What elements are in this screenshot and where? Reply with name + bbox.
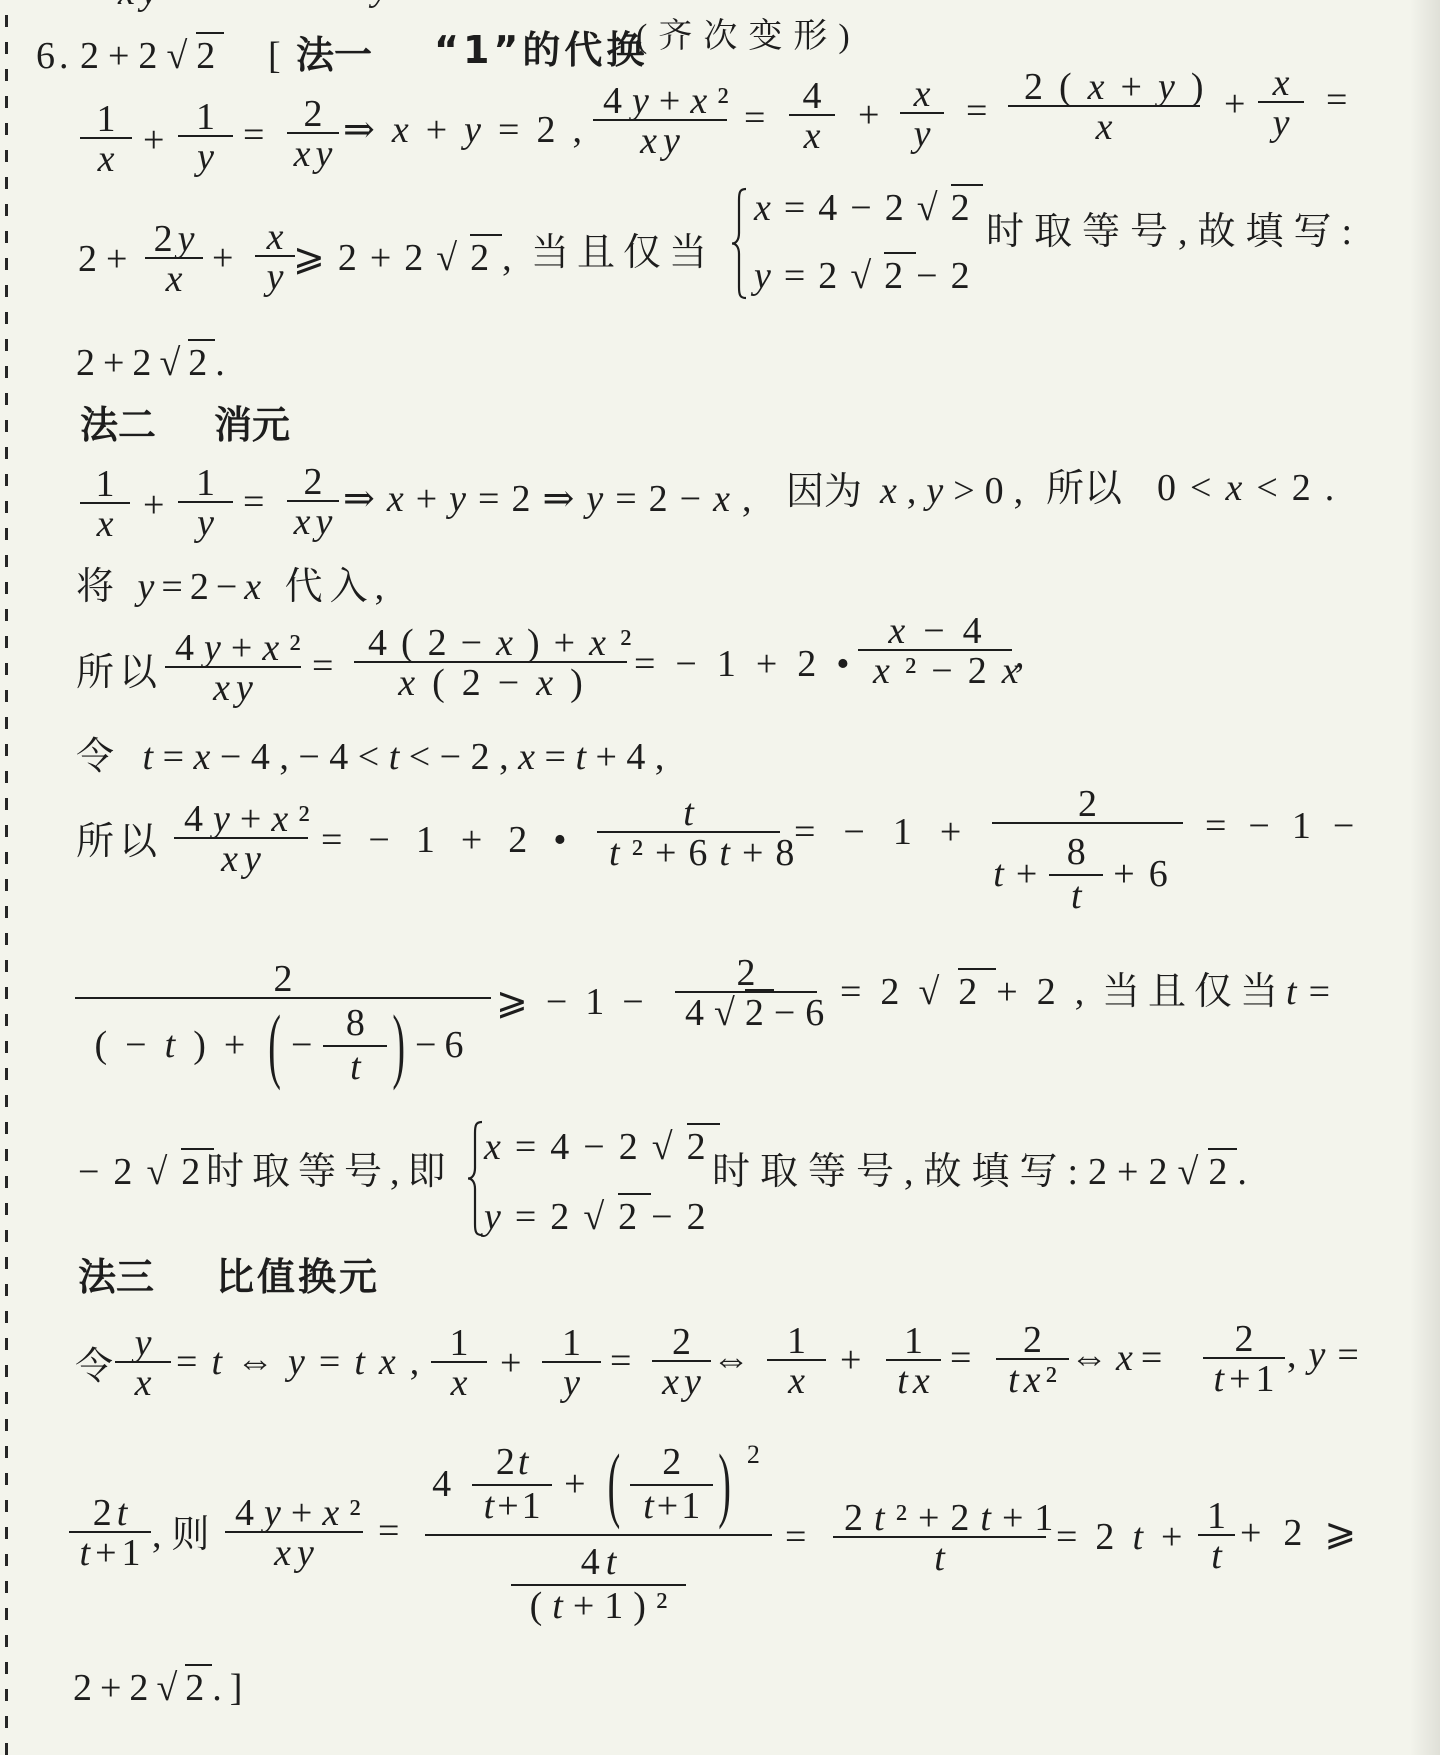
denominator: t+1 — [69, 1533, 151, 1575]
numerator: x — [900, 74, 944, 116]
denominator: x — [767, 1361, 826, 1403]
fraction-2t-over-t-plus-1: 2t t+1 — [472, 1442, 552, 1528]
elimination-chain: ⇒x+y=2⇒y=2−x, — [343, 480, 763, 518]
method-1-note: (齐次变形) — [636, 20, 861, 54]
denominator-prefix: t+ — [993, 854, 1049, 896]
numerator: 1 — [767, 1321, 826, 1363]
expression-start: 2+ — [78, 240, 136, 278]
plus-sign: + — [840, 1341, 861, 1379]
fraction-target-expression: 4y+x² xy — [174, 837, 308, 839]
condition-text: 当且仅当 — [531, 234, 715, 272]
method-1-subtitle: “1”的代换 — [434, 31, 648, 69]
denominator: xy — [287, 134, 339, 176]
minus-one-minus: =−1− — [1205, 807, 1376, 845]
numerator: 2t — [472, 1442, 552, 1486]
denominator: t+1 — [472, 1486, 552, 1528]
denominator: tx — [886, 1361, 941, 1403]
denominator: tx² — [996, 1360, 1069, 1402]
equals-2t-plus: =2t+ — [1056, 1518, 1200, 1556]
method-1-title: 法一 — [296, 36, 372, 74]
numerator: 4y+x² — [225, 1493, 363, 1535]
fraction-8-over-t: 8 t — [323, 1003, 387, 1089]
denominator: t — [1049, 876, 1103, 918]
therefore-text: 所以 — [76, 654, 162, 692]
fraction-y-over-x: y x — [115, 1361, 171, 1363]
denominator: y — [542, 1363, 601, 1405]
denominator: x(2−x) — [354, 663, 627, 705]
fraction-8-over-t: 8 t — [1049, 832, 1103, 918]
numerator: 8 — [323, 1003, 387, 1047]
plus-sign: + — [564, 1464, 590, 1506]
numerator: 2 — [652, 1322, 711, 1364]
numerator: 1 — [80, 99, 132, 141]
fraction-2-over-xy: 2 xy — [287, 132, 339, 134]
numerator: 2 — [992, 784, 1183, 826]
equals-sign: = — [1326, 81, 1347, 119]
plus-sign: + — [858, 96, 879, 134]
fraction-t-over-quadratic: t t²+6t+8 — [597, 831, 780, 833]
fraction-2-over-tx-squared: 2 tx² — [996, 1358, 1069, 1360]
system-row-x: x=4−2√2 — [754, 189, 983, 227]
numerator: x−4 — [858, 611, 1012, 653]
fraction-1-over-y: 1 y — [178, 135, 233, 137]
numerator: 2 — [630, 1442, 713, 1486]
numerator: 4y+x² — [165, 628, 301, 670]
because-text: 因为 — [786, 473, 862, 511]
denominator: y — [255, 257, 295, 299]
fraction-target-expression: 4y+x² xy — [593, 119, 727, 121]
numerator: 8 — [1049, 832, 1103, 876]
plus-sign: + — [1224, 85, 1245, 123]
big-right-paren: ) — [718, 1443, 736, 1527]
final-answer: 2+2√2.] — [73, 1669, 250, 1707]
numerator: 2y — [145, 219, 203, 261]
numerator: 1 — [886, 1321, 941, 1363]
equals-sign: = — [610, 1342, 631, 1380]
denominator: xy — [225, 1533, 363, 1575]
denominator: y — [1258, 103, 1304, 145]
minus-one-plus-two-times: =−1+2• — [321, 821, 593, 859]
fraction-1-over-x: 1 x — [80, 137, 132, 139]
numerator: 1 — [178, 463, 233, 505]
inequality-result: ⩾2+2√2, — [293, 239, 525, 277]
denominator: xy — [652, 1362, 711, 1404]
denominator: y — [178, 137, 233, 179]
t-equals: t= — [1286, 973, 1342, 1011]
numerator: 2(x+y) — [1008, 67, 1200, 109]
fraction-target-expression: 4y+x² xy — [165, 666, 301, 668]
denominator: xy — [165, 668, 301, 710]
method-2-conclusion: 时取等号,故填写:2+2√2. — [712, 1153, 1257, 1191]
denominator: t+1 — [630, 1486, 713, 1528]
denominator: t — [323, 1047, 387, 1089]
implies-x-plus-y: ⇒x+y=2, — [343, 111, 599, 149]
minus-one-plus-two-times: =−1+2• — [634, 645, 870, 683]
fraction-1-over-x: 1 x — [431, 1361, 487, 1363]
denominator: x — [789, 116, 835, 158]
numerator: 2 — [996, 1320, 1069, 1362]
plus-sign: + — [212, 239, 233, 277]
numerator: 2 — [287, 94, 339, 136]
numerator: 4 — [789, 76, 835, 118]
equals-sign: = — [243, 116, 264, 154]
numerator: 1 — [80, 464, 130, 506]
denominator: (t+1)² — [511, 1586, 686, 1628]
numerator: x — [1258, 63, 1304, 105]
minus-sign: − — [291, 1025, 317, 1067]
plus-2-geq: +2⩾ — [1240, 1514, 1378, 1552]
problem-answer: 2+2√2 — [80, 37, 224, 75]
ratio-substitution: =t⇔y=tx, — [176, 1343, 433, 1381]
complex-numerator: 4 2t t+1 + ( 2 t+1 ) 2 — [425, 1442, 772, 1528]
denominator: t+ 8 t +6 — [992, 824, 1183, 918]
comma: , — [1015, 636, 1025, 674]
fraction-target-expression: 4y+x² xy — [225, 1531, 363, 1533]
equality-text: 时取等号,即 — [206, 1153, 454, 1191]
system-row-y: y=2√2−2 — [754, 257, 983, 295]
therefore-text: 所以 — [76, 823, 162, 861]
fraction-4-over-x: 4 x — [789, 114, 835, 116]
denominator-suffix: −6 — [415, 1025, 471, 1067]
complex-denominator: 4t (t+1)² — [425, 1536, 772, 1628]
fraction-1-over-tx: 1 tx — [886, 1359, 941, 1361]
fraction-2-over-t-plus-1: 2 t+1 — [1203, 1357, 1285, 1359]
plus-sign: + — [143, 486, 164, 524]
fraction-2-over-4root2-minus-6: 2 4√2−6 — [675, 991, 817, 993]
denominator: 4√2−6 — [675, 993, 817, 1035]
denominator: x — [145, 259, 203, 301]
problem-number: 6. — [36, 37, 73, 75]
numerator: 1 — [178, 97, 233, 139]
denominator: xy — [174, 839, 308, 881]
prev-line-fragment: y — [372, 0, 389, 7]
fraction-x-over-y: x y — [900, 112, 944, 114]
equality-condition-text: 时取等号,故填写: — [986, 213, 1362, 251]
fraction-2-over-xy: 2 xy — [287, 500, 339, 502]
denominator: x — [1008, 107, 1200, 149]
equals-sign: = — [378, 1512, 399, 1550]
fraction-x-over-y: x y — [1258, 101, 1304, 103]
fraction-4t-over-t-plus-1-squared: 4t (t+1)² — [511, 1542, 686, 1628]
fraction-substituted: 4(2−x)+x² x(2−x) — [354, 661, 627, 663]
numerator: 2 — [1203, 1319, 1285, 1361]
complex-fraction: 4 2t t+1 + ( 2 t+1 ) 2 4t (t+1)² — [425, 1534, 772, 1536]
prev-line-fragment: xy — [118, 0, 164, 11]
big-left-paren: ( — [608, 1443, 626, 1527]
numerator: 1 — [542, 1323, 601, 1365]
range-of-x: 0<x<2. — [1157, 469, 1348, 507]
numerator: 4y+x² — [174, 799, 308, 841]
fraction-2xy-over-x: 2(x+y) x — [1008, 105, 1200, 107]
denominator: y — [178, 503, 233, 545]
binding-dashed-line — [5, 0, 8, 1755]
numerator: 4(2−x)+x² — [354, 623, 627, 665]
equals-sign: = — [744, 99, 765, 137]
condition-text: 当且仅当 — [1102, 973, 1286, 1011]
coefficient: 4 — [432, 1464, 456, 1506]
denominator: x — [115, 1363, 171, 1405]
big-right-paren: ) — [392, 1004, 410, 1088]
fraction-2-over-t-plus-8-over-t: 2 t+ 8 t +6 — [992, 822, 1183, 824]
fraction-x-over-y: x y — [255, 255, 295, 257]
positivity-condition: x,y>0, — [880, 472, 1033, 510]
big-left-paren: ( — [268, 1004, 286, 1088]
denominator: xy — [593, 121, 727, 163]
let-t-definition: 令 t=x−4,−4<t<−2,x=t+4, — [76, 738, 674, 776]
y-equals: ,y= — [1287, 1336, 1371, 1374]
denominator-prefix: (−t)+ — [95, 1025, 264, 1067]
numerator: t — [597, 793, 780, 835]
fraction-x-minus-4: x−4 x²−2x — [858, 649, 1012, 651]
let-text: 令 — [75, 1348, 113, 1386]
numerator: 2 — [75, 959, 491, 1001]
then-text: ,则 — [152, 1516, 220, 1554]
equals-sign: = — [950, 1339, 971, 1377]
denominator: y — [900, 114, 944, 156]
numerator: 2 — [287, 462, 339, 504]
equals-sign: = — [966, 92, 987, 130]
fraction-2t-over-t-plus-1: 2t t+1 — [69, 1531, 151, 1533]
t-value: −2√2 — [78, 1153, 214, 1191]
denominator: x — [431, 1363, 487, 1405]
denominator: t — [1198, 1536, 1235, 1578]
denominator: xy — [287, 502, 339, 544]
iff-arrow: ⇔ — [712, 1341, 750, 1379]
denominator: t+1 — [1203, 1359, 1285, 1401]
method-3-title: 法三 — [78, 1258, 154, 1296]
numerator: 4y+x² — [593, 81, 727, 123]
method-1-answer: 2+2√2. — [76, 344, 233, 382]
denominator-suffix: +6 — [1113, 854, 1181, 896]
substitution-text: 将 y=2−x 代入, — [76, 568, 391, 606]
minimum-value: =2√2+2, — [840, 973, 1103, 1011]
fraction-1-over-x: 1 x — [767, 1359, 826, 1361]
inequality-minus-one: ⩾−1− — [496, 983, 662, 1021]
denominator: t — [833, 1538, 1046, 1580]
system-brace-icon — [467, 1120, 483, 1237]
numerator: 4t — [511, 1542, 686, 1586]
numerator: x — [255, 217, 295, 259]
therefore-text: 所以 — [1046, 470, 1122, 508]
denominator: t²+6t+8 — [597, 833, 780, 875]
fraction-2-over-xy: 2 xy — [652, 1360, 711, 1362]
exponent: 2 — [747, 1442, 765, 1468]
fraction-2-over-negated-sum: 2 (−t)+ ( − 8 t ) −6 — [75, 997, 491, 999]
denominator: (−t)+ ( − 8 t ) −6 — [75, 999, 491, 1089]
equals-sign: = — [785, 1518, 806, 1556]
denominator: x²−2x — [858, 651, 1012, 693]
iff-x-equals: ⇔x= — [1070, 1339, 1170, 1377]
equals-sign: = — [243, 483, 264, 521]
open-bracket: [ — [268, 37, 281, 75]
equals-sign: = — [312, 647, 333, 685]
minus-one-plus: =−1+ — [794, 813, 989, 851]
page-edge-shadow — [1410, 0, 1440, 1755]
fraction-1-over-y: 1 y — [542, 1361, 601, 1363]
denominator: x — [80, 139, 132, 181]
numerator: y — [115, 1323, 171, 1365]
fraction-2-over-t-plus-1: 2 t+1 — [630, 1442, 713, 1528]
fraction-1-over-x: 1 x — [80, 502, 130, 504]
numerator: 1 — [431, 1323, 487, 1365]
system-row-y: y=2√2−2 — [484, 1198, 720, 1236]
fraction-quadratic-over-t: 2t²+2t+1 t — [833, 1536, 1046, 1538]
method-2-title: 法二 — [80, 406, 156, 444]
plus-sign: + — [143, 121, 164, 159]
fraction-1-over-t: 1 t — [1198, 1534, 1235, 1536]
system-brace-icon — [731, 187, 747, 300]
fraction-2y-over-x: 2y x — [145, 257, 203, 259]
fraction-1-over-y: 1 y — [178, 501, 233, 503]
numerator: 1 — [1198, 1496, 1235, 1538]
method-3-subtitle: 比值换元 — [216, 1258, 380, 1296]
denominator: x — [80, 504, 130, 546]
plus-sign: + — [500, 1344, 521, 1382]
system-row-x: x=4−2√2 — [484, 1128, 720, 1166]
numerator: 2t — [69, 1493, 151, 1535]
numerator: 2t²+2t+1 — [833, 1498, 1046, 1540]
method-2-subtitle: 消元 — [214, 406, 290, 444]
